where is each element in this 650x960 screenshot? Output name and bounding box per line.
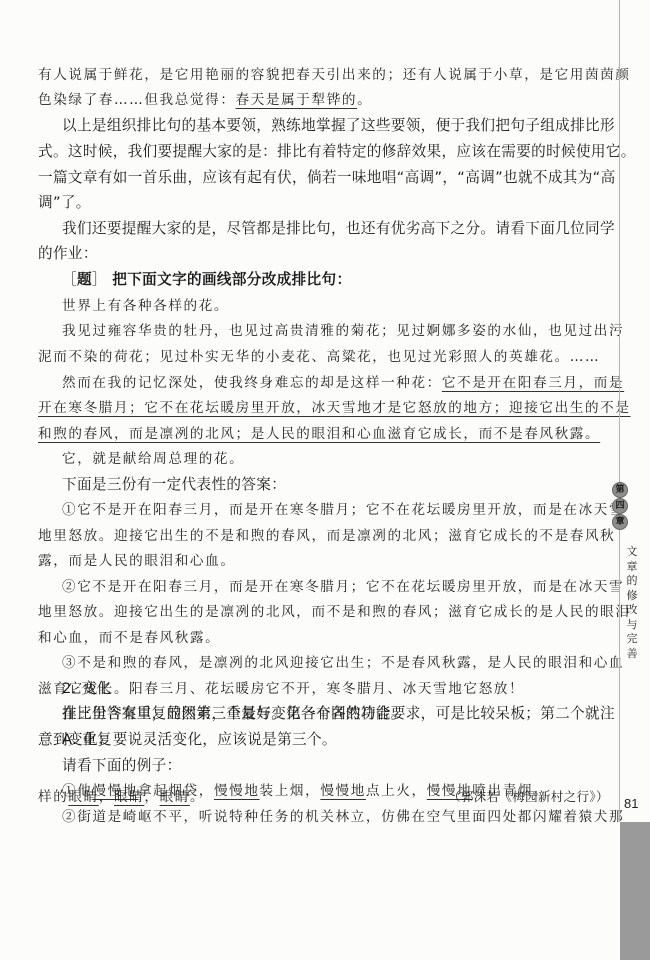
text-segment: 我们还要提醒大家的是，尽管都是排比句，也还有优劣高下之分。请看下面几位同学 bbox=[62, 220, 615, 237]
text-line: 色染绿了春……但我总觉得：春天是属于犁铧的。 bbox=[38, 88, 372, 112]
text-line: 下面是三份有一定代表性的答案： bbox=[62, 473, 286, 497]
text-segment: 样的 bbox=[38, 789, 68, 805]
chapter-side-title: 文章的修改与完善 bbox=[625, 545, 639, 661]
underlined-text: 慢慢地 bbox=[320, 783, 366, 799]
underlined-text: 它不是开在阳春三月，而是 bbox=[442, 375, 624, 391]
chapter-tab-circle: 四 bbox=[612, 498, 628, 514]
text-segment: 有人说属于鲜花，是它用艳丽的容貌把春天引出来的；还有人说属于小草，是它用茵茵颜 bbox=[38, 67, 631, 83]
chapter-tab-circle: 第 bbox=[612, 482, 628, 498]
text-segment: ③不是和煦的春风，是凛冽的北风迎接它出生；不是春风秋露，是人民的眼泪和心血 bbox=[62, 655, 624, 671]
text-line: ①它不是开在阳春三月，而是开在寒冬腊月；它不在花坛暖房里开放，而是在冰天雪 bbox=[62, 498, 624, 522]
text-segment: 点上火， bbox=[366, 783, 427, 799]
text-line: A. 重复 bbox=[62, 728, 112, 752]
text-line: 有人说属于鲜花，是它用艳丽的容貌把春天引出来的；还有人说属于小草，是它用茵茵颜 bbox=[38, 63, 631, 87]
text-segment: ②它不是开在阳春三月，而是开在寒冬腊月；它不在花坛暖房里开放，而是在冰天雪 bbox=[62, 579, 624, 595]
text-segment: 地里怒放。迎接它出生的是凛冽的北风，而不是和煦的春风；滋育它成长的是人民的眼泪 bbox=[38, 604, 631, 620]
underlined-text: 开在寒冬腊月；它不在花坛暖房里开放，冰天雪地才是它怒放的地方；迎接它出生的不是 bbox=[38, 400, 631, 416]
text-line: 开在寒冬腊月；它不在花坛暖房里开放，冰天雪地才是它怒放的地方；迎接它出生的不是 bbox=[38, 396, 631, 420]
text-line: 以上是组织排比句的基本要领，熟练地掌握了这些要领，便于我们把句子组成排比形 bbox=[62, 114, 615, 138]
text-segment: ， bbox=[99, 789, 114, 805]
text-line: 它，就是献给周总理的花。 bbox=[62, 447, 244, 471]
text-segment: 排比里含有重复的因素，重复与变化各有各的功能。 bbox=[62, 705, 406, 722]
text-line: 露，而是人民的眼泪和心血。 bbox=[38, 549, 236, 573]
text-line: 和心血，而不是春风秋露。 bbox=[38, 626, 220, 650]
text-segment: 。 bbox=[190, 789, 205, 805]
text-segment: 世界上有各种各样的花。 bbox=[62, 298, 229, 314]
text-segment: ］ bbox=[92, 271, 107, 288]
exercise-heading: 题 bbox=[77, 271, 92, 288]
text-segment: ①它不是开在阳春三月，而是开在寒冬腊月；它不在花坛暖房里开放，而是在冰天雪 bbox=[62, 502, 624, 518]
underlined-text: 眼睛 bbox=[114, 789, 144, 805]
text-line: 2. 变化 bbox=[62, 677, 112, 701]
text-segment: 地里怒放。迎接它出生的不是和煦的春风，而是凛冽的北风；滋育它成长的不是春风秋 bbox=[38, 528, 615, 544]
text-segment: 它，就是献给周总理的花。 bbox=[62, 451, 244, 467]
text-segment: 装上烟， bbox=[260, 783, 321, 799]
exercise-heading: 把下面文字的画线部分改成排比句： bbox=[107, 271, 352, 288]
text-line: 我见过雍容华贵的牡丹，也见过高贵清雅的菊花；见过婀娜多姿的水仙，也见过出污 bbox=[62, 319, 624, 343]
underlined-text: 眼睛 bbox=[160, 789, 190, 805]
underlined-text: 和煦的春风，而是凛冽的北风；是人民的眼泪和心血滋育它成长，而不是春风秋露。 bbox=[38, 426, 600, 442]
text-segment: ， bbox=[144, 789, 159, 805]
text-line: 一篇文章有如一首乐曲，应该有起有伏，倘若一味地唱“高调”，“高调”也就不成其为“… bbox=[38, 166, 616, 190]
underlined-text: 眼睛 bbox=[68, 789, 98, 805]
text-segment: 我见过雍容华贵的牡丹，也见过高贵清雅的菊花；见过婀娜多姿的水仙，也见过出污 bbox=[62, 323, 624, 339]
text-line: ［题］ 把下面文字的画线部分改成排比句： bbox=[62, 268, 351, 292]
text-segment: 和心血，而不是春风秋露。 bbox=[38, 630, 220, 646]
text-line: 排比里含有重复的因素，重复与变化各有各的功能。 bbox=[62, 702, 406, 726]
text-line: 和煦的春风，而是凛冽的北风；是人民的眼泪和心血滋育它成长，而不是春风秋露。 bbox=[38, 422, 600, 446]
text-line: 我们还要提醒大家的是，尽管都是排比句，也还有优劣高下之分。请看下面几位同学 bbox=[62, 217, 615, 241]
text-line: ②它不是开在阳春三月，而是开在寒冬腊月；它不在花坛暖房里开放，而是在冰天雪 bbox=[62, 575, 624, 599]
text-line: 请看下面的例子： bbox=[62, 754, 182, 778]
underlined-text: 春天是属于犁铧的 bbox=[236, 92, 358, 108]
page-number: 81 bbox=[624, 796, 638, 811]
text-segment: 泥而不染的荷花；见过朴实无华的小麦花、高粱花，也见过光彩照人的英雄花。…… bbox=[38, 349, 600, 365]
text-segment: ②街道是崎岖不平，听说特种任务的机关林立，仿佛在空气里面四处都闪耀着猿犬那 bbox=[62, 809, 624, 825]
text-segment: 一篇文章有如一首乐曲，应该有起有伏，倘若一味地唱“高调”，“高调”也就不成其为“… bbox=[38, 169, 616, 186]
textbook-page: 有人说属于鲜花，是它用艳丽的容貌把春天引出来的；还有人说属于小草，是它用茵茵颜色… bbox=[0, 0, 650, 960]
text-segment: 。 bbox=[357, 92, 372, 108]
text-segment: 的作业： bbox=[38, 245, 98, 262]
text-line: 式。这时候，我们要提醒大家的是：排比有着特定的修辞效果，应该在需要的时候使用它。 bbox=[38, 140, 636, 164]
text-segment: 2. 变化 bbox=[62, 680, 112, 697]
text-segment: 下面是三份有一定代表性的答案： bbox=[62, 476, 286, 493]
text-segment: 请看下面的例子： bbox=[62, 757, 182, 774]
text-segment: 以上是组织排比句的基本要领，熟练地掌握了这些要领，便于我们把句子组成排比形 bbox=[62, 117, 615, 134]
text-line: 世界上有各种各样的花。 bbox=[62, 294, 229, 318]
text-line: 的作业： bbox=[38, 242, 98, 266]
underlined-text: 慢慢地 bbox=[214, 783, 260, 799]
text-segment: 露，而是人民的眼泪和心血。 bbox=[38, 553, 236, 569]
text-line: ③不是和煦的春风，是凛冽的北风迎接它出生；不是春风秋露，是人民的眼泪和心血 bbox=[62, 651, 624, 675]
text-line: 样的眼睛，眼睛，眼睛。（郭沫若《梅园新村之行》） bbox=[38, 785, 205, 809]
text-line: 地里怒放。迎接它出生的是凛冽的北风，而不是和煦的春风；滋育它成长的是人民的眼泪 bbox=[38, 600, 631, 624]
text-segment: 式。这时候，我们要提醒大家的是：排比有着特定的修辞效果，应该在需要的时候使用它。 bbox=[38, 143, 636, 160]
text-segment: ［ bbox=[62, 271, 77, 288]
page-edge-tab bbox=[620, 822, 650, 960]
text-line: 调”了。 bbox=[38, 191, 91, 215]
text-line: 然而在我的记忆深处，使我终身难忘的却是这样一种花：它不是开在阳春三月，而是 bbox=[62, 371, 624, 395]
text-segment: 然而在我的记忆深处，使我终身难忘的却是这样一种花： bbox=[62, 375, 442, 391]
text-line: 泥而不染的荷花；见过朴实无华的小麦花、高粱花，也见过光彩照人的英雄花。…… bbox=[38, 345, 600, 369]
margin-rule bbox=[619, 0, 620, 822]
text-segment: 调”了。 bbox=[38, 194, 91, 211]
chapter-tab-circle: 章 bbox=[612, 514, 628, 530]
text-segment: 色染绿了春……但我总觉得： bbox=[38, 92, 236, 108]
text-segment: A. 重复 bbox=[62, 731, 112, 748]
text-line: 地里怒放。迎接它出生的不是和煦的春风，而是凛冽的北风；滋育它成长的不是春风秋 bbox=[38, 524, 615, 548]
